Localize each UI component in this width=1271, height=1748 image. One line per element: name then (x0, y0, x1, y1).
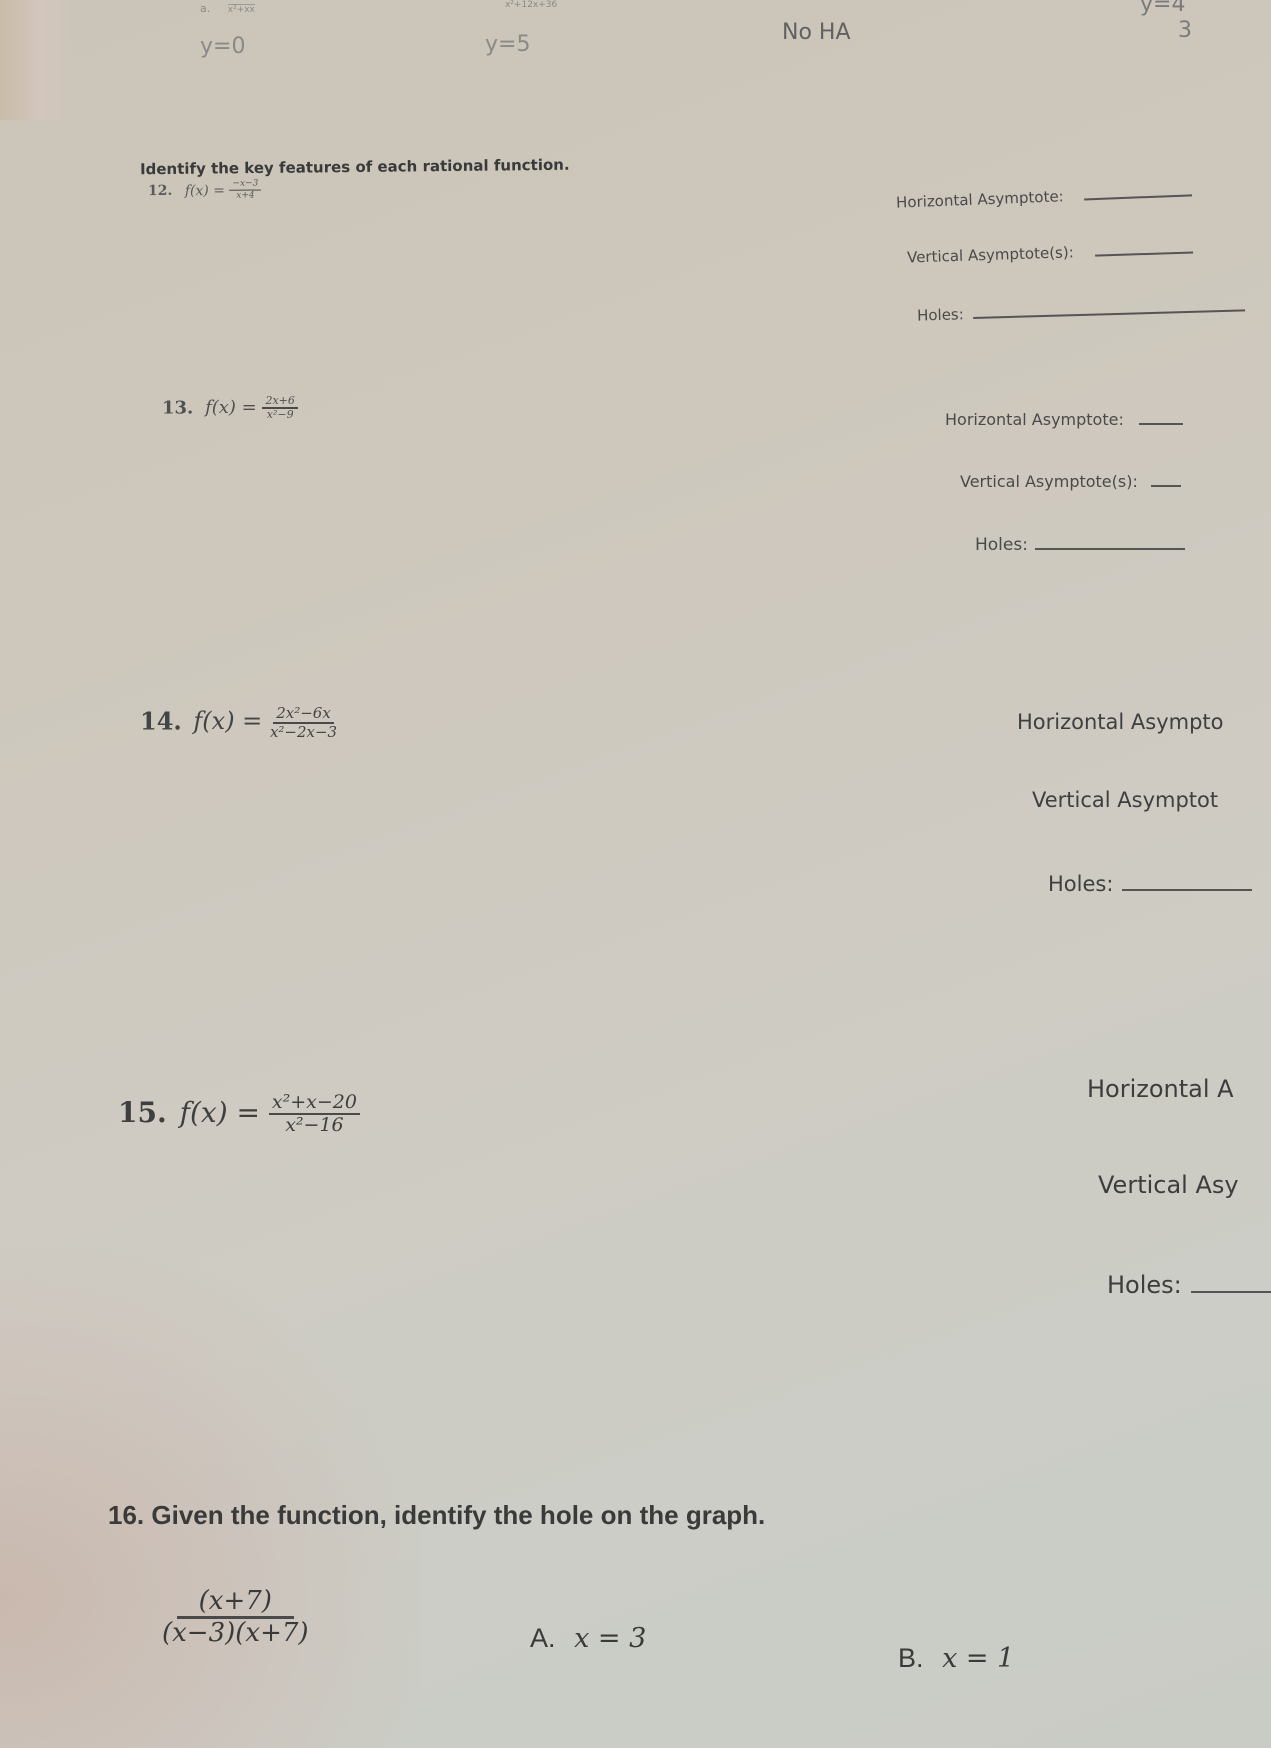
problem-13-denominator: x²−9 (267, 409, 294, 422)
instructions: Identify the key features of each ration… (140, 156, 570, 178)
problem-15-vertical-asymptote: Vertical Asy (1098, 1171, 1239, 1199)
problem-12-number: 12. (148, 183, 172, 199)
problem-15-number: 15. (118, 1096, 167, 1129)
question-16-numerator: (x+7) (177, 1587, 294, 1619)
problem-14-denominator: x²−2x−3 (270, 724, 337, 741)
problem-12-lhs: f(x) = (185, 182, 225, 198)
prev-item-a-marker: a. (200, 2, 210, 15)
problem-15: 15. f(x) = x²+x−20 x²−16 (118, 1092, 360, 1137)
problem-12-denominator: x+4 (236, 190, 254, 201)
problem-14-holes-label: Holes: (1048, 872, 1113, 896)
problem-14-fraction: 2x²−6x x²−2x−3 (270, 705, 337, 741)
problem-15-holes-answer[interactable] (1191, 1291, 1271, 1293)
problem-15-holes: Holes: (1107, 1271, 1271, 1299)
problem-12-numerator: −x−3 (229, 180, 261, 191)
problem-12-vertical-asymptote: Vertical Asymptote(s): (907, 240, 1193, 267)
problem-12: 12. f(x) = −x−3 x+4 (148, 180, 262, 202)
problem-12-horizontal-answer[interactable] (1085, 194, 1193, 200)
problem-12-holes-answer[interactable] (973, 309, 1245, 319)
handwritten-answer-b: y=5 (485, 32, 530, 57)
handwritten-right-bottom: 3 (1178, 18, 1192, 43)
problem-14-horizontal-asymptote: Horizontal Asympto (1017, 710, 1224, 734)
problem-13-lhs: f(x) = (205, 397, 257, 418)
problem-15-horizontal-asymptote: Horizontal A (1087, 1075, 1234, 1103)
problem-12-horizontal-asymptote: Horizontal Asymptote: (896, 182, 1193, 211)
problem-12-vertical-answer[interactable] (1095, 252, 1193, 257)
problem-14-holes: Holes: (1048, 872, 1252, 896)
problem-13-number: 13. (162, 397, 193, 418)
choice-b-letter: B. (898, 1643, 924, 1673)
problem-14-vertical-asymptote: Vertical Asymptot (1032, 788, 1218, 812)
photo-shadow-bottom-left (0, 1250, 420, 1748)
problem-15-lhs: f(x) = (180, 1096, 260, 1129)
problem-13-fraction: 2x+6 x²−9 (262, 395, 297, 422)
problem-14-holes-answer[interactable] (1122, 889, 1252, 891)
prev-item-a-fraction: x²+xx (228, 4, 255, 15)
problem-14-number: 14. (140, 706, 182, 735)
problem-14-horizontal-label: Horizontal Asympto (1017, 710, 1224, 734)
problem-13-holes: Holes: (975, 535, 1185, 555)
problem-15-horizontal-label: Horizontal A (1087, 1075, 1234, 1103)
problem-13-holes-answer[interactable] (1035, 548, 1185, 550)
problem-15-holes-label: Holes: (1107, 1271, 1182, 1299)
problem-13-horizontal-asymptote: Horizontal Asymptote: (945, 410, 1183, 429)
problem-13-numerator: 2x+6 (262, 395, 297, 409)
problem-13-vertical-asymptote: Vertical Asymptote(s): (960, 472, 1181, 491)
problem-13: 13. f(x) = 2x+6 x²−9 (162, 395, 298, 422)
problem-14-lhs: f(x) = (193, 707, 262, 735)
problem-12-holes-label: Holes: (917, 305, 964, 324)
problem-12-holes: Holes: (917, 297, 1245, 324)
choice-a-letter: A. (530, 1623, 556, 1653)
problem-14-vertical-label: Vertical Asymptot (1032, 788, 1218, 812)
problem-15-vertical-label: Vertical Asy (1098, 1171, 1239, 1199)
problem-12-horizontal-label: Horizontal Asymptote: (896, 187, 1064, 211)
choice-a-value: x = 3 (574, 1623, 646, 1654)
problem-13-horizontal-label: Horizontal Asymptote: (945, 410, 1124, 429)
question-16-choice-a[interactable]: A. x = 3 (530, 1623, 646, 1654)
problem-14-numerator: 2x²−6x (273, 705, 334, 724)
question-16-denominator: (x−3)(x+7) (162, 1619, 309, 1649)
question-16-fraction: (x+7) (x−3)(x+7) (162, 1587, 309, 1648)
problem-15-numerator: x²+x−20 (269, 1092, 360, 1115)
problem-13-holes-label: Holes: (975, 535, 1028, 555)
problem-15-denominator: x²−16 (285, 1115, 343, 1137)
problem-13-vertical-label: Vertical Asymptote(s): (960, 472, 1138, 491)
photo-shadow-top-left (0, 0, 70, 120)
handwritten-note-no-ha: No HA (782, 20, 851, 45)
problem-13-vertical-answer[interactable] (1151, 485, 1181, 487)
problem-13-horizontal-answer[interactable] (1139, 423, 1183, 425)
handwritten-right-top: y=4 (1140, 0, 1185, 17)
problem-14: 14. f(x) = 2x²−6x x²−2x−3 (140, 705, 337, 741)
handwritten-answer-a: y=0 (200, 34, 245, 59)
problem-12-vertical-label: Vertical Asymptote(s): (907, 243, 1074, 266)
choice-b-value: x = 1 (942, 1643, 1014, 1674)
problem-15-fraction: x²+x−20 x²−16 (269, 1092, 360, 1137)
problem-12-fraction: −x−3 x+4 (229, 180, 261, 202)
question-16-choice-b[interactable]: B. x = 1 (898, 1643, 1014, 1674)
prev-item-a: a. x²+xx (200, 2, 255, 15)
prev-item-b-expression: x²+12x+36 (505, 0, 557, 10)
question-16-function: (x+7) (x−3)(x+7) (162, 1587, 309, 1648)
question-16-prompt: 16. Given the function, identify the hol… (108, 1500, 765, 1531)
